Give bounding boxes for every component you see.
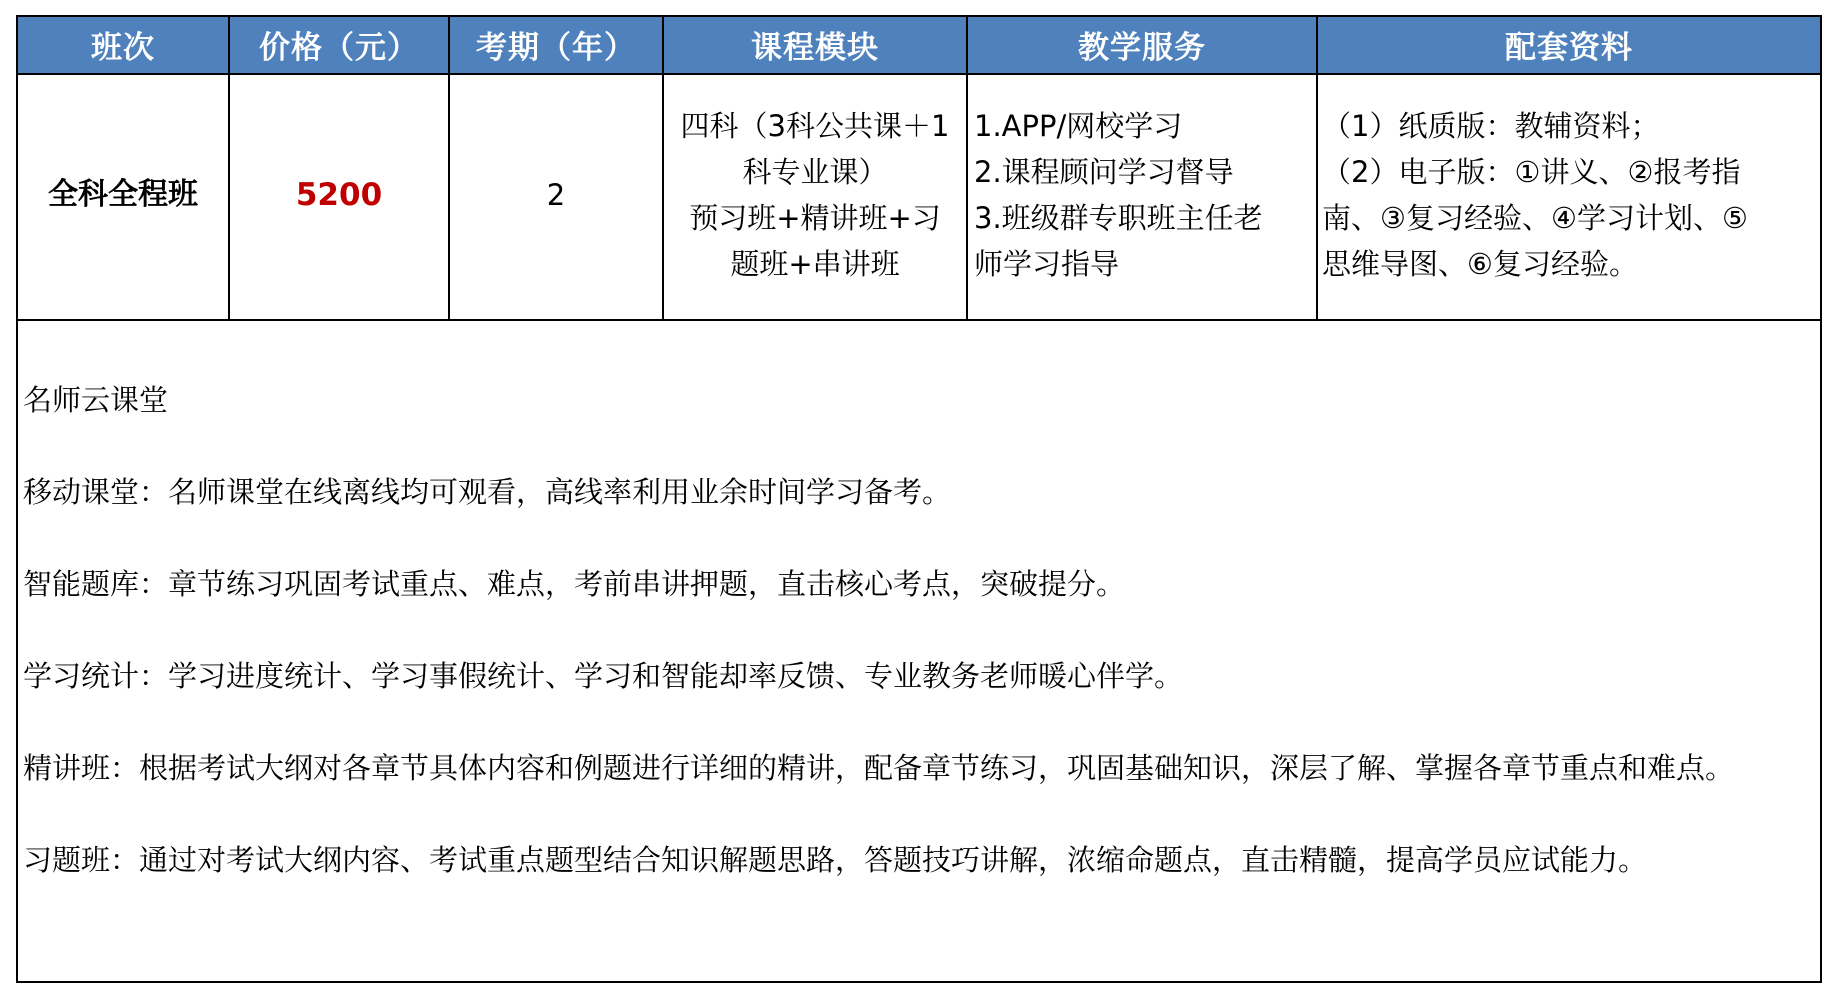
notes-section: 名师云课堂 移动课堂：名师课堂在线离线均可观看，高线率利用业余时间学习备考。 智… (18, 319, 1820, 981)
material-line: 南、③复习经验、④学习计划、⑤ (1322, 195, 1748, 241)
divider (228, 17, 230, 73)
header-class: 班次 (18, 17, 228, 71)
price-cell: 5200 (230, 73, 448, 317)
divider (1316, 17, 1318, 73)
table-header-row: 班次 价格（元） 考期（年） 课程模块 教学服务 配套资料 (18, 17, 1820, 75)
divider (966, 73, 968, 319)
divider (966, 17, 968, 73)
course-module-cell: 四科（3科公共课＋1 科专业课） 预习班+精讲班+习 题班+串讲班 (664, 73, 966, 317)
note-paragraph: 智能题库：章节练习巩固考试重点、难点，考前串讲押题，直击核心考点，突破提分。 (23, 561, 1814, 607)
service-line: 1.APP/网校学习 (974, 103, 1263, 149)
material-line: （2）电子版：①讲义、②报考指 (1322, 149, 1748, 195)
divider (662, 17, 664, 73)
header-materials: 配套资料 (1318, 17, 1820, 71)
material-line: 思维导图、⑥复习经验。 (1322, 241, 1748, 287)
note-paragraph: 移动课堂：名师课堂在线离线均可观看，高线率利用业余时间学习备考。 (23, 469, 1814, 515)
divider (662, 73, 664, 319)
header-teaching-service: 教学服务 (968, 17, 1316, 71)
materials-cell: （1）纸质版：教辅资料； （2）电子版：①讲义、②报考指 南、③复习经验、④学习… (1318, 73, 1820, 317)
teaching-service-cell: 1.APP/网校学习 2.课程顾问学习督导 3.班级群专职班主任老 师学习指导 (968, 73, 1316, 317)
note-paragraph: 学习统计：学习进度统计、学习事假统计、学习和智能却率反馈、专业教务老师暖心伴学。 (23, 653, 1814, 699)
module-line: 四科（3科公共课＋1 (681, 103, 950, 149)
service-line: 2.课程顾问学习督导 (974, 149, 1263, 195)
divider (448, 73, 450, 319)
service-line: 3.班级群专职班主任老 (974, 195, 1263, 241)
course-table: 班次 价格（元） 考期（年） 课程模块 教学服务 配套资料 全科全程班 5200… (16, 15, 1822, 983)
note-paragraph: 精讲班：根据考试大纲对各章节具体内容和例题进行详细的精讲，配备章节练习，巩固基础… (23, 745, 1814, 791)
divider (228, 73, 230, 319)
header-price: 价格（元） (230, 17, 448, 71)
exam-period-cell: 2 (450, 73, 662, 317)
divider (448, 17, 450, 73)
divider (1316, 73, 1318, 319)
service-line: 师学习指导 (974, 241, 1263, 287)
header-exam-period: 考期（年） (450, 17, 662, 71)
material-line: （1）纸质版：教辅资料； (1322, 103, 1748, 149)
note-paragraph: 习题班：通过对考试大纲内容、考试重点题型结合知识解题思路，答题技巧讲解，浓缩命题… (23, 837, 1814, 883)
module-line: 题班+串讲班 (681, 241, 950, 287)
notes-title: 名师云课堂 (23, 377, 1814, 423)
header-course-module: 课程模块 (664, 17, 966, 71)
class-name-cell: 全科全程班 (18, 73, 228, 317)
module-line: 科专业课） (681, 149, 950, 195)
table-row: 全科全程班 5200 2 四科（3科公共课＋1 科专业课） 预习班+精讲班+习 … (18, 73, 1820, 321)
module-line: 预习班+精讲班+习 (681, 195, 950, 241)
